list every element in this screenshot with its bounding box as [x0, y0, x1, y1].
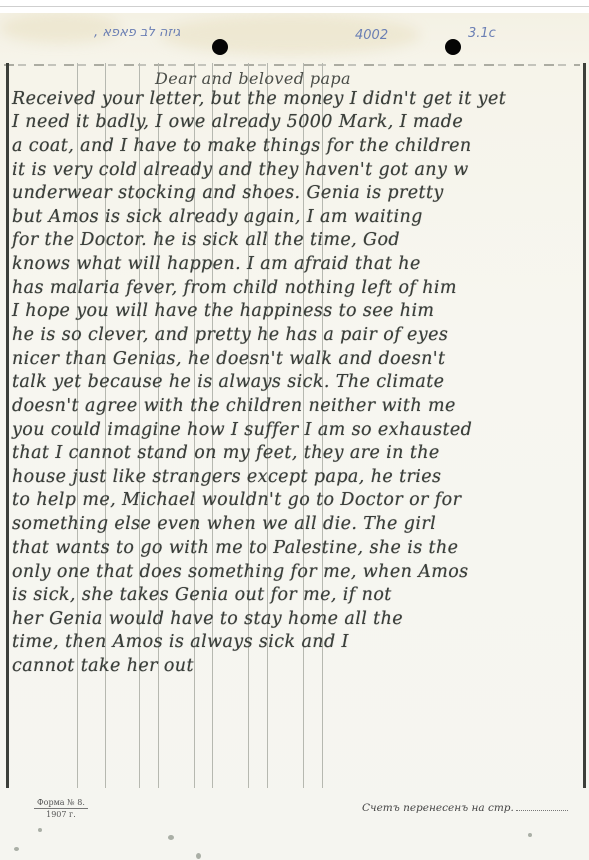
- left-margin-rule: [6, 63, 9, 788]
- form-year: 1907 г.: [34, 810, 88, 819]
- punch-hole-left: [212, 39, 228, 55]
- form-number: Форма № 8.: [34, 798, 88, 809]
- right-margin-rule: [583, 63, 586, 788]
- letter-line: Received your letter, but the money I di…: [12, 89, 506, 109]
- letter-line: something else even when we all die. The…: [12, 514, 436, 534]
- carry-over-blank: [516, 810, 568, 811]
- letter-line: to help me, Michael wouldn't go to Docto…: [12, 490, 461, 510]
- letter-line: he is so clever, and pretty he has a pai…: [12, 325, 448, 345]
- page-top-border: [0, 6, 589, 7]
- paper-speck: [196, 853, 201, 859]
- letter-line: for the Doctor. he is sick all the time,…: [12, 230, 400, 250]
- form-number-stamp: Форма № 8. 1907 г.: [34, 798, 88, 819]
- letter-line: talk yet because he is always sick. The …: [12, 372, 444, 392]
- archive-reference: 3.1c: [468, 26, 496, 41]
- top-ruling-line: [4, 64, 580, 66]
- letter-line: nicer than Genias, he doesn't walk and d…: [12, 349, 445, 369]
- letter-line: doesn't agree with the children neither …: [12, 396, 456, 416]
- letter-line: I need it badly, I owe already 5000 Mark…: [12, 112, 463, 132]
- letter-line: house just like strangers except papa, h…: [12, 467, 441, 487]
- letter-line: her Genia would have to stay home all th…: [12, 609, 403, 629]
- carry-over-label: Счетъ перенесенъ на стр.: [362, 802, 514, 814]
- letter-line: that wants to go with me to Palestine, s…: [12, 538, 458, 558]
- letter-line: underwear stocking and shoes. Genia is p…: [12, 183, 444, 203]
- letter-line: I hope you will have the happiness to se…: [12, 301, 434, 321]
- letter-line: is sick, she takes Genia out for me, if …: [12, 585, 392, 605]
- scanned-letter-page: גיזה לב פאפא , 4002 3.1c Dear and belove…: [0, 13, 589, 860]
- letter-line: has malaria fever, from child nothing le…: [12, 278, 457, 298]
- letter-line: cannot take her out: [12, 656, 194, 676]
- salutation: Dear and beloved papa: [155, 69, 351, 88]
- punch-hole-right: [445, 39, 461, 55]
- letter-line: it is very cold already and they haven't…: [12, 160, 469, 180]
- paper-speck: [14, 847, 19, 851]
- letter-line: that I cannot stand on my feet, they are…: [12, 443, 440, 463]
- hebrew-annotation: גיזה לב פאפא ,: [94, 25, 180, 40]
- paper-speck: [168, 835, 174, 840]
- letter-line: but Amos is sick already again, I am wai…: [12, 207, 423, 227]
- letter-line: only one that does something for me, whe…: [12, 562, 469, 582]
- letter-line: knows what will happen. I am afraid that…: [12, 254, 421, 274]
- letter-line: time, then Amos is always sick and I: [12, 632, 349, 652]
- letter-line: a coat, and I have to make things for th…: [12, 136, 472, 156]
- archive-number: 4002: [355, 28, 388, 43]
- paper-speck: [38, 828, 42, 832]
- letter-line: you could imagine how I suffer I am so e…: [12, 420, 472, 440]
- carry-over-line: Счетъ перенесенъ на стр.: [362, 802, 568, 814]
- paper-speck: [528, 833, 532, 837]
